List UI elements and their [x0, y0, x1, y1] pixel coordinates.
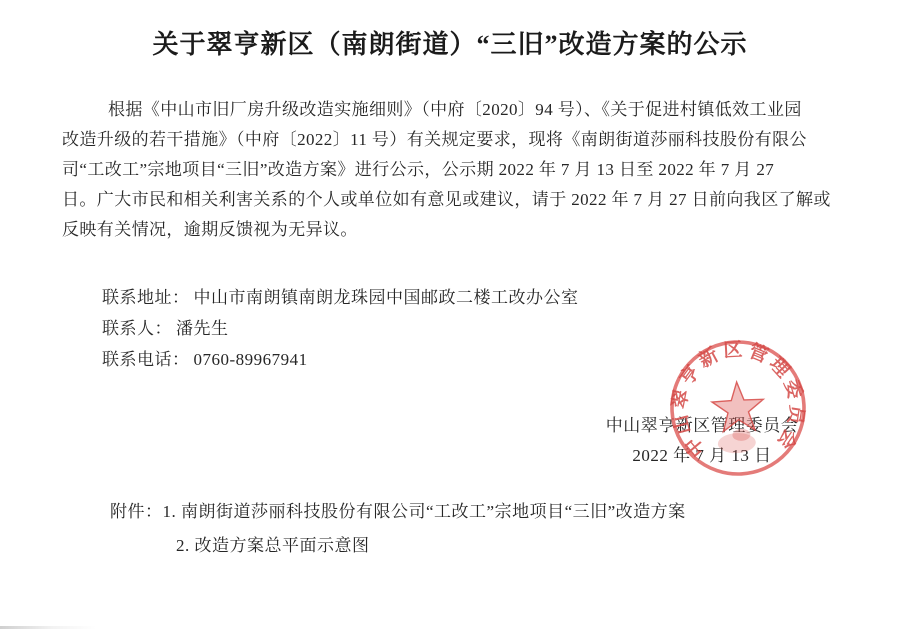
body-line-4: 日。广大市民和相关利害关系的个人或单位如有意见或建议，请于 2022 年 7 月…	[62, 185, 834, 215]
attachment-item-2: 2. 改造方案总平面示意图	[176, 536, 370, 555]
scan-artifact-line	[0, 626, 96, 629]
contact-phone-label: 联系电话：	[102, 350, 190, 369]
body-line-2: 改造升级的若干措施》（中府〔2022〕11 号）有关规定要求，现将《南朗街道莎丽…	[62, 125, 834, 155]
body-paragraph: 根据《中山市旧厂房升级改造实施细则》（中府〔2020〕94 号）、《关于促进村镇…	[62, 95, 834, 245]
attachment-line-2: 2. 改造方案总平面示意图	[110, 529, 686, 563]
contact-block: 联系地址：中山市南朗镇南朗龙珠园中国邮政二楼工改办公室 联系人：潘先生 联系电话…	[102, 282, 579, 375]
contact-phone-line: 联系电话：0760-89967941	[102, 344, 579, 375]
signature-org: 中山翠亨新区管理委员会	[600, 411, 804, 441]
page-title: 关于翠亨新区（南朗街道）“三旧”改造方案的公示	[0, 24, 900, 61]
contact-person-value: 潘先生	[176, 319, 229, 338]
body-line-1: 根据《中山市旧厂房升级改造实施细则》（中府〔2020〕94 号）、《关于促进村镇…	[62, 95, 834, 125]
attachments-label: 附件：	[110, 502, 163, 521]
contact-address-label: 联系地址：	[102, 288, 190, 307]
attachment-line-1: 附件：1. 南朗街道莎丽科技股份有限公司“工改工”宗地项目“三旧”改造方案	[110, 495, 686, 529]
signature-date: 2022 年 7 月 13 日	[600, 441, 804, 471]
contact-person-line: 联系人：潘先生	[102, 313, 579, 344]
attachments-block: 附件：1. 南朗街道莎丽科技股份有限公司“工改工”宗地项目“三旧”改造方案 2.…	[110, 495, 686, 563]
contact-phone-value: 0760-89967941	[194, 350, 308, 369]
contact-address-value: 中山市南朗镇南朗龙珠园中国邮政二楼工改办公室	[194, 288, 579, 307]
body-line-5: 反映有关情况，逾期反馈视为无异议。	[62, 215, 834, 245]
contact-address-line: 联系地址：中山市南朗镇南朗龙珠园中国邮政二楼工改办公室	[102, 282, 579, 313]
signature-block: 中山翠亨新区管理委员会 2022 年 7 月 13 日	[600, 411, 804, 471]
body-line-3: 司“工改工”宗地项目“三旧”改造方案》进行公示，公示期 2022 年 7 月 1…	[62, 155, 834, 185]
attachment-item-1: 1. 南朗街道莎丽科技股份有限公司“工改工”宗地项目“三旧”改造方案	[163, 502, 686, 521]
contact-person-label: 联系人：	[102, 319, 172, 338]
notice-document-page: 关于翠亨新区（南朗街道）“三旧”改造方案的公示 根据《中山市旧厂房升级改造实施细…	[0, 0, 900, 633]
